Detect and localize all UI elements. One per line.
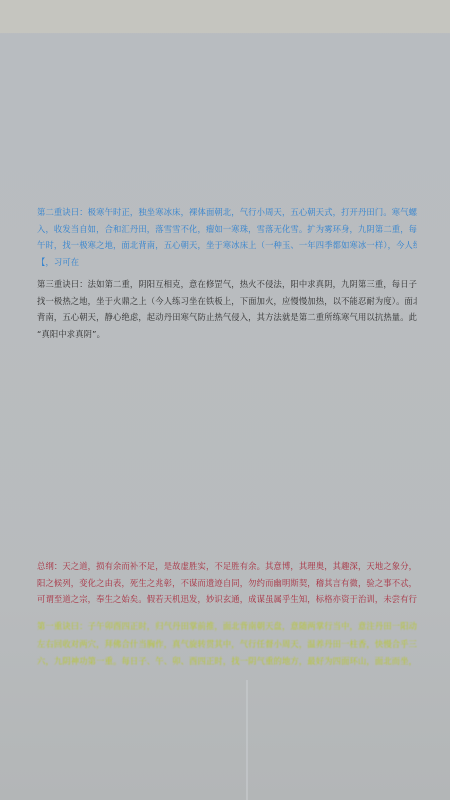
text-line: 入，收发当自如，合和汇丹田，落雪雪不化，瘤如一寒珠，雪落无化雪。扩为雾环身，九阴…: [37, 221, 417, 238]
text-line: 背南，五心朝天，静心绝虑，起动丹田寒气防止热气侵入，其方法就是第二重所练寒气用以…: [37, 309, 417, 326]
text-line: 左右回收对两穴，拜佛合什当胸作，真气旋转贯其中，气行任督小周天，温养丹田一柱香，…: [37, 636, 417, 654]
text-line: 找一极热之地，坐于火鼎之上（今人练习坐在铁板上，下面加火，应慢慢加热，以不能忍耐…: [37, 293, 417, 310]
text-line: 总纲：天之道，损有余而补不足，是故虚胜实，不足胜有余。其意博，其理奥，其趣深，天…: [37, 558, 417, 575]
text-line: 第三重诀曰：法如第二重，阴阳互相克，意在修罡气，热火不侵法，阳中求真阴，九阴第三…: [37, 276, 417, 293]
text-line: 六，九阴神功第一重。每日子、午、卯、酉四正时，找一阴气重的地方，最好为四面环山，…: [37, 653, 417, 671]
text-line: 阳之候列，变化之由表，死生之兆彰，不谋而遗迹自同，勿约而幽明斯契，稽其言有微，验…: [37, 575, 417, 592]
text-line: 可谓至道之宗，奉生之始矣。假若天机迅发，妙识玄通，成谋虽属乎生知，标格亦资于治训…: [37, 591, 417, 608]
paragraph-third-stage: 第三重诀曰：法如第二重，阴阳互相克，意在修罡气，热火不侵法，阳中求真阴，九阴第三…: [37, 276, 417, 342]
text-line: 第一重诀曰：子午卯酉四正时，归气丹田掌前推，面北背南朝天盘，意随两掌行当中，意注…: [37, 618, 417, 636]
paper-crease: [246, 680, 248, 800]
text-line: “真阳中求真阴”。: [37, 326, 417, 343]
text-line: 午时，找一极寒之地，面北背南，五心朝天，坐于寒冰床上（一种玉、一年四季都如寒冰一…: [37, 237, 417, 254]
text-line: 【，习可在: [37, 254, 417, 271]
text-line: 第二重诀曰：极寒午时正，独坐寒冰床，裸体面朝北，气行小周天，五心朝天式，打开丹田…: [37, 204, 417, 221]
paragraph-general-outline: 总纲：天之道，损有余而补不足，是故虚胜实，不足胜有余。其意博，其理奥，其趣深，天…: [37, 558, 417, 608]
page-top-edge: [0, 0, 450, 33]
paragraph-first-stage: 第一重诀曰：子午卯酉四正时，归气丹田掌前推，面北背南朝天盘，意随两掌行当中，意注…: [37, 618, 417, 671]
paragraph-second-stage: 第二重诀曰：极寒午时正，独坐寒冰床，裸体面朝北，气行小周天，五心朝天式，打开丹田…: [37, 204, 417, 270]
